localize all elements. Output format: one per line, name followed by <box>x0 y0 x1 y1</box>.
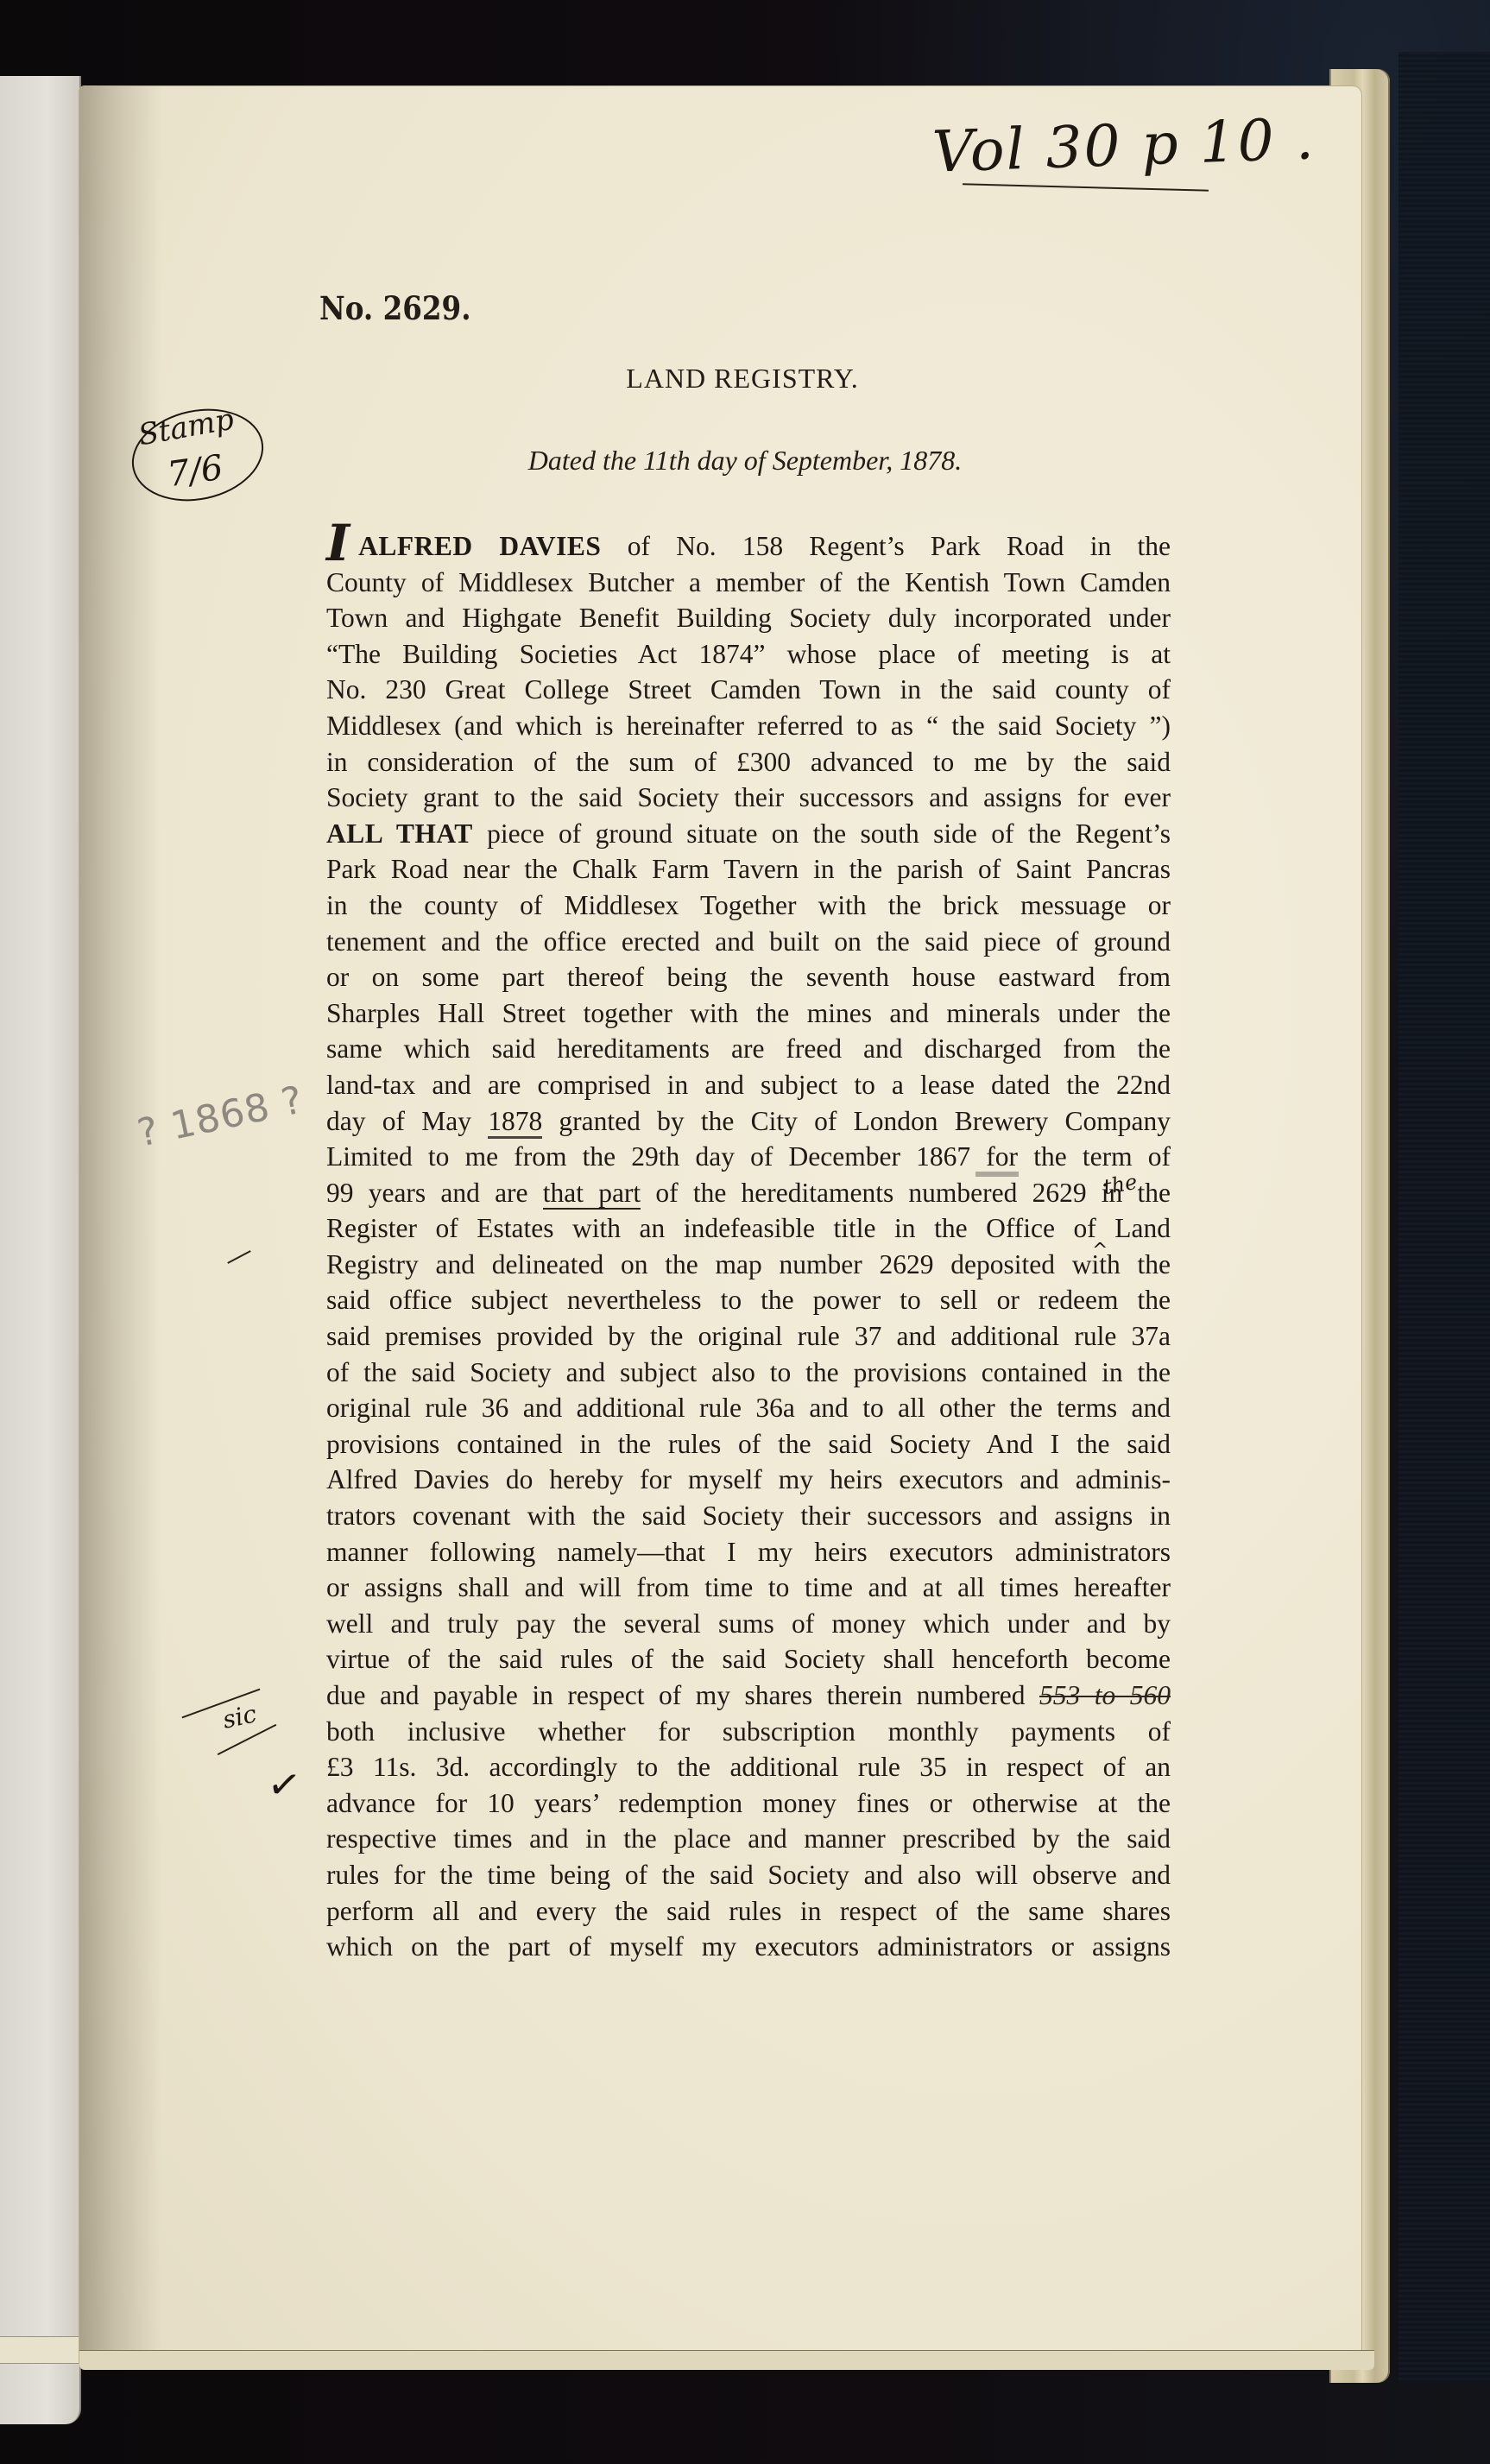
text-line: Town and Highgate Benefit Building Socie… <box>326 600 1171 636</box>
text-line: land-tax and are comprised in and subjec… <box>326 1067 1171 1103</box>
text-run: Sharples Hall Street together with the m… <box>326 998 1171 1028</box>
text-run: said office subject nevertheless to the … <box>326 1285 1171 1315</box>
text-run: County of Middlesex Butcher a member of … <box>326 567 1171 597</box>
volume-page-reference: Vol 30 p 10 . <box>931 105 1316 185</box>
document-heading: LAND REGISTRY. <box>0 363 1490 395</box>
text-line: both inclusive whether for subscription … <box>326 1714 1171 1750</box>
text-line: in the county of Middlesex Together with… <box>326 888 1171 924</box>
text-line: 99 years and are that part of the heredi… <box>326 1175 1171 1211</box>
pencil-smudge <box>975 1172 1019 1177</box>
text-line: ALL THAT piece of ground situate on the … <box>326 816 1171 852</box>
sic-annotation: sic <box>180 1684 292 1761</box>
text-line: advance for 10 years’ redemption money f… <box>326 1785 1171 1822</box>
text-line: manner following namely—that I my heirs … <box>326 1534 1171 1570</box>
ink-underlined-text: that part <box>543 1178 641 1210</box>
text-line: Registry and delineated on the map numbe… <box>326 1247 1171 1283</box>
check-mark-icon: ✓ <box>264 1760 304 1810</box>
text-line: well and truly pay the several sums of m… <box>326 1606 1171 1642</box>
text-run: both inclusive whether for subscription … <box>326 1716 1171 1747</box>
sic-word: sic <box>220 1699 259 1734</box>
text-line: day of May 1878 granted by the City of L… <box>326 1103 1171 1140</box>
text-run: rules for the time being of the said Soc… <box>326 1860 1171 1890</box>
text-line: Middlesex (and which is hereinafter refe… <box>326 708 1171 744</box>
text-run: granted by the City of London Brewery Co… <box>542 1106 1171 1136</box>
text-run: of No. 158 Regent’s Park Road in the <box>601 531 1171 561</box>
text-line: respective times and in the place and ma… <box>326 1821 1171 1857</box>
text-line: in consideration of the sum of £300 adva… <box>326 744 1171 780</box>
text-run: manner following namely—that I my heirs … <box>326 1537 1171 1567</box>
previous-leaf-edge <box>0 76 81 2424</box>
text-line: which on the part of myself my executors… <box>326 1929 1171 1965</box>
text-run: well and truly pay the several sums of m… <box>326 1608 1171 1639</box>
text-line: Society grant to the said Society their … <box>326 780 1171 816</box>
text-line: No. 230 Great College Street Camden Town… <box>326 672 1171 708</box>
book-binding <box>1398 52 1490 2383</box>
text-line: Alfred Davies do hereby for myself my he… <box>326 1462 1171 1498</box>
deed-body-text: IALFRED DAVIES of No. 158 Regent’s Park … <box>326 528 1171 1965</box>
insertion-caret-icon: ^ <box>1092 1240 1108 1261</box>
text-line: perform all and every the said rules in … <box>326 1893 1171 1930</box>
text-line: rules for the time being of the said Soc… <box>326 1857 1171 1893</box>
text-run: £3 11s. 3d. accordingly to the additiona… <box>326 1752 1171 1782</box>
text-run: of the said Society and subject also to … <box>326 1357 1171 1387</box>
text-line: original rule 36 and additional rule 36a… <box>326 1390 1171 1426</box>
text-run: 99 years and are <box>326 1178 543 1208</box>
text-line: provisions contained in the rules of the… <box>326 1426 1171 1463</box>
text-run: in the county of Middlesex Together with… <box>326 890 1171 920</box>
text-run: No. 230 Great College Street Camden Town… <box>326 674 1171 704</box>
text-run: tenement and the office erected and buil… <box>326 926 1171 957</box>
text-run: same which said hereditaments are freed … <box>326 1033 1171 1064</box>
emphasized-text: ALFRED DAVIES <box>358 531 601 561</box>
drop-cap: I <box>326 514 350 572</box>
text-run: Register of Estates with an indefeasible… <box>326 1213 1171 1243</box>
text-line: said office subject nevertheless to the … <box>326 1282 1171 1318</box>
text-line: Park Road near the Chalk Farm Tavern in … <box>326 851 1171 888</box>
text-run: of the hereditaments numbered 2629 in th… <box>641 1178 1171 1208</box>
text-line: or assigns shall and will from time to t… <box>326 1570 1171 1606</box>
text-line: Sharples Hall Street together with the m… <box>326 995 1171 1032</box>
text-line: Limited to me from the 29th day of Decem… <box>326 1139 1171 1175</box>
text-run: day of May <box>326 1106 488 1136</box>
text-line: of the said Society and subject also to … <box>326 1355 1171 1391</box>
text-run: which on the part of myself my executors… <box>326 1931 1171 1962</box>
text-run: provisions contained in the rules of the… <box>326 1429 1171 1459</box>
text-run: Registry and delineated on the map numbe… <box>326 1249 1171 1279</box>
text-run: perform all and every the said rules in … <box>326 1896 1171 1926</box>
text-line: or on some part thereof being the sevent… <box>326 959 1171 995</box>
text-line: said premises provided by the original r… <box>326 1318 1171 1355</box>
text-run: virtue of the said rules of the said Soc… <box>326 1644 1171 1674</box>
text-line: trators covenant with the said Society t… <box>326 1498 1171 1534</box>
text-run: or on some part thereof being the sevent… <box>326 962 1171 992</box>
text-line: “The Building Societies Act 1874” whose … <box>326 636 1171 673</box>
emphasized-text: ALL THAT <box>326 818 473 849</box>
document-number: No. 2629. <box>319 289 471 327</box>
text-run: Town and Highgate Benefit Building Socie… <box>326 603 1171 633</box>
text-run: Park Road near the Chalk Farm Tavern in … <box>326 854 1171 884</box>
text-run: “The Building Societies Act 1874” whose … <box>326 639 1171 669</box>
text-run: land-tax and are comprised in and subjec… <box>326 1070 1171 1100</box>
text-line: tenement and the office erected and buil… <box>326 924 1171 960</box>
text-line: IALFRED DAVIES of No. 158 Regent’s Park … <box>326 528 1171 565</box>
text-line: virtue of the said rules of the said Soc… <box>326 1641 1171 1677</box>
stamp-amount: 7/6 <box>165 448 225 496</box>
page-bottom-edge <box>79 2350 1374 2370</box>
text-line: Register of Estates with an indefeasible… <box>326 1210 1171 1247</box>
text-line: £3 11s. 3d. accordingly to the additiona… <box>326 1749 1171 1785</box>
text-run: piece of ground situate on the south sid… <box>473 818 1171 849</box>
text-run: said premises provided by the original r… <box>326 1321 1171 1351</box>
text-line: same which said hereditaments are freed … <box>326 1031 1171 1067</box>
text-run: original rule 36 and additional rule 36a… <box>326 1393 1171 1423</box>
text-run: in consideration of the sum of £300 adva… <box>326 747 1171 777</box>
stamp-duty-annotation: Stamp 7/6 <box>123 393 287 505</box>
text-run: Limited to me from the 29th day of Decem… <box>326 1141 1171 1172</box>
pencil-underlined-text: 1878 <box>488 1106 542 1139</box>
text-run: Alfred Davies do hereby for myself my he… <box>326 1464 1171 1494</box>
text-run: or assigns shall and will from time to t… <box>326 1572 1171 1602</box>
text-run: due and payable in respect of my shares … <box>326 1680 1039 1710</box>
text-run: advance for 10 years’ redemption money f… <box>326 1788 1171 1818</box>
text-line: County of Middlesex Butcher a member of … <box>326 565 1171 601</box>
text-run: respective times and in the place and ma… <box>326 1823 1171 1854</box>
text-run: Middlesex (and which is hereinafter refe… <box>326 711 1171 741</box>
text-line: due and payable in respect of my shares … <box>326 1677 1171 1714</box>
text-run: Society grant to the said Society their … <box>326 782 1171 812</box>
text-run: trators covenant with the said Society t… <box>326 1501 1171 1531</box>
struck-through-text: 553 to 560 <box>1039 1680 1171 1710</box>
